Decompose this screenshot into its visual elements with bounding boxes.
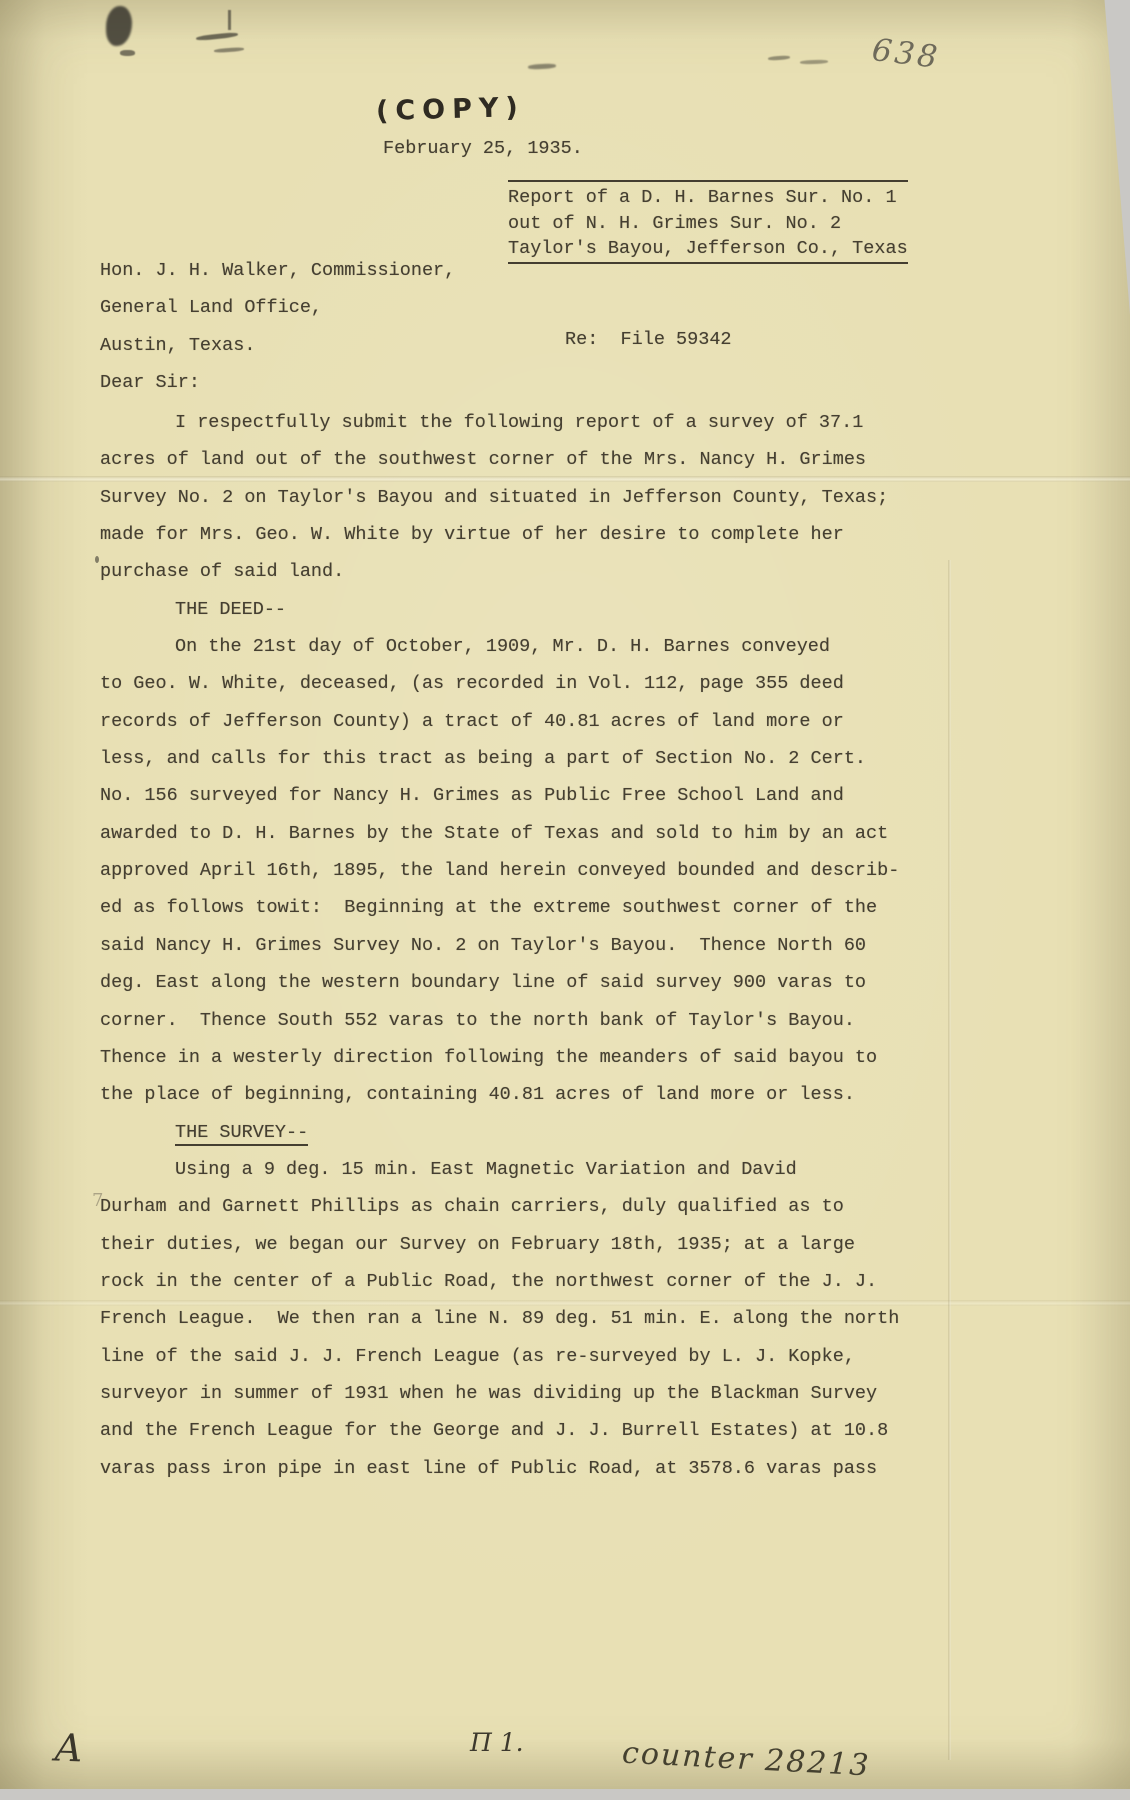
ink-smudge (214, 47, 244, 53)
recipient-line: Austin, Texas. (100, 327, 455, 364)
body-line: less, and calls for this tract as being … (100, 740, 960, 777)
body-line: Using a 9 deg. 15 min. East Magnetic Var… (100, 1151, 960, 1188)
re-file-line: Re: File 59342 (565, 329, 732, 350)
body-line: awarded to D. H. Barnes by the State of … (100, 815, 960, 852)
counter-note: counter 28213 (621, 1736, 871, 1784)
handwritten-number: 638 (870, 32, 942, 76)
body-line: I respectfully submit the following repo… (100, 404, 960, 441)
paper-corner-cut (1100, 0, 1130, 315)
body-line: and the French League for the George and… (100, 1412, 960, 1449)
body-line: varas pass iron pipe in east line of Pub… (100, 1450, 960, 1487)
body-line: the place of beginning, containing 40.81… (100, 1076, 960, 1113)
recipient-line: General Land Office, (100, 289, 455, 326)
body-line: to Geo. W. White, deceased, (as recorded… (100, 665, 960, 702)
body-line: French League. We then ran a line N. 89 … (100, 1300, 960, 1337)
body-line: deg. East along the western boundary lin… (100, 964, 960, 1001)
body-line: No. 156 surveyed for Nancy H. Grimes as … (100, 777, 960, 814)
report-title-block: Report of a D. H. Barnes Sur. No. 1out o… (508, 180, 908, 264)
body-line: their duties, we began our Survey on Feb… (100, 1226, 960, 1263)
report-title-line: Report of a D. H. Barnes Sur. No. 1 (508, 185, 897, 211)
body-line: Survey No. 2 on Taylor's Bayou and situa… (100, 479, 960, 516)
letter-body: I respectfully submit the following repo… (100, 404, 960, 1487)
handwritten-letter-a: A (54, 1726, 83, 1771)
document-page: 638 (COPY) 7 February 25, 1935. Report o… (0, 0, 1130, 1789)
body-line: made for Mrs. Geo. W. White by virtue of… (100, 516, 960, 553)
body-line: corner. Thence South 552 varas to the no… (100, 1002, 960, 1039)
ink-dot (95, 556, 99, 563)
salutation: Dear Sir: (100, 364, 455, 401)
report-title-line: out of N. H. Grimes Sur. No. 2 (508, 211, 841, 237)
section-heading: THE DEED-- (100, 591, 960, 628)
ink-smudge (228, 10, 231, 30)
section-heading-text: THE DEED-- (175, 599, 286, 620)
ink-smudge (768, 55, 790, 61)
page-mark: Π 1. (470, 1728, 524, 1757)
body-line: On the 21st day of October, 1909, Mr. D.… (100, 628, 960, 665)
body-line: Thence in a westerly direction following… (100, 1039, 960, 1076)
body-line: rock in the center of a Public Road, the… (100, 1263, 960, 1300)
body-line: acres of land out of the southwest corne… (100, 441, 960, 478)
recipient-line: Hon. J. H. Walker, Commissioner, (100, 252, 455, 289)
body-line: approved April 16th, 1895, the land here… (100, 852, 960, 889)
body-line: purchase of said land. (100, 553, 960, 590)
section-heading-text: THE SURVEY-- (175, 1122, 308, 1146)
ink-smudge (800, 60, 828, 65)
body-line: records of Jefferson County) a tract of … (100, 703, 960, 740)
report-title-line: Taylor's Bayou, Jefferson Co., Texas (508, 236, 908, 264)
ink-smudge (120, 50, 135, 56)
body-line: said Nancy H. Grimes Survey No. 2 on Tay… (100, 927, 960, 964)
section-heading: THE SURVEY-- (100, 1114, 960, 1151)
date-line: February 25, 1935. (383, 138, 583, 159)
body-line: surveyor in summer of 1931 when he was d… (100, 1375, 960, 1412)
copy-stamp: (COPY) (376, 92, 526, 127)
body-line: line of the said J. J. French League (as… (100, 1338, 960, 1375)
recipient-address: Hon. J. H. Walker, Commissioner,General … (100, 252, 455, 402)
backdrop-strip (0, 1789, 1130, 1800)
ink-smudge (196, 32, 238, 41)
body-line: ed as follows towit: Beginning at the ex… (100, 889, 960, 926)
ink-smudge (106, 6, 132, 46)
body-line: Durham and Garnett Phillips as chain car… (100, 1188, 960, 1225)
ink-smudge (528, 63, 556, 69)
